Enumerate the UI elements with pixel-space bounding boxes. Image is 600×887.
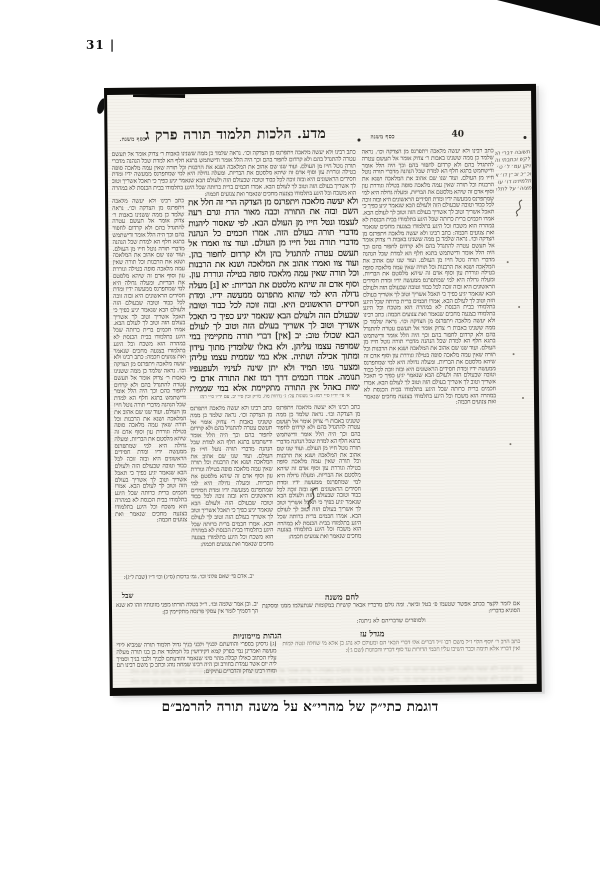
photo-corner-wedge [497,0,600,26]
header-dot [357,139,360,142]
commentary-sub-left: כתב רבינו ולא יעשה מלאכה ויתפרנס מן הצדק… [190,405,274,564]
scan-photo: 40 כסף משנה מדע. הלכות תלמוד תורה פרק ג … [104,84,542,696]
hagahot-maimoniyot-heading: הגהות מיימוניות [210,630,304,641]
book-page: 31 | 40 כסף משנה מדע. הלכות תלמוד תורה פ… [0,0,600,887]
lechem-mishneh-left-text: יב. וכן אמר שלמה וכו׳. ר״ל בטלה תורתו מפ… [116,602,258,624]
scan-page: 40 כסף משנה מדע. הלכות תלמוד תורה פרק ג … [107,91,537,688]
margin-handwriting: תשובה דברי הנאל לקש וכתבתי והר׳ ויקן עמ׳… [495,149,532,194]
figure-caption: דוגמת כתי״ק של מהרי״א על משנה תורה להרמב… [0,699,600,715]
ink-flourish-center [303,487,323,509]
commentary-left-column: כתב רבינו ולא יעשה מלאכה ויתפרנס מן הצדק… [112,198,188,573]
ink-speck [522,397,524,399]
ink-speck [507,261,509,263]
main-text-column: ולא יעשה מלאכה ויתפרנס מן הצדקה הרי זה ח… [188,197,360,395]
commentary-top-band: כתב רבינו ולא יעשה מלאכה ויתפרנס מן הצדק… [112,150,356,199]
header-dot [523,136,526,139]
scan-page-number: 40 [451,130,464,140]
commentary-right-column: כתב רבינו ולא יעשה מלאכה ויתפרנס מן הצדק… [362,148,498,589]
commentary-left-footer: יב. אדם פי׳ שאם פלוני וכו׳. גמ׳ ברכות (ס… [116,574,254,589]
lechem-mishneh-heading: לחם משנה [307,591,377,602]
ink-speck [513,353,515,355]
border-fold-mark [133,92,185,98]
chapter-title: מדע. הלכות תלמוד תורה פרק ג [115,126,355,145]
migdal-oz-heading: מגדל עז [340,628,404,639]
commentary-sub-right: כתב רבינו ולא יעשה מלאכה ויתפרנס מן הצדק… [276,405,362,564]
ink-flourish-margin [512,199,526,217]
ink-speck [518,306,520,308]
folio-number: 31 | [86,38,115,52]
lechem-mishneh-right-text: אם לומר לקצר בכתב אפשר שטעמו פ׳ בטל וביא… [262,601,520,617]
lechem-mishneh-tail: ולסופרים שדבריהם לא ניתנה: [262,616,520,625]
variant-ref-line: א׳ פי׳ יד״ו ס״י רמז: ב׳ נשונות על: ג׳ נד… [190,394,360,402]
catchword: שבל [122,591,134,600]
kesef-mishneh-header-right: כסף משנה [370,134,394,140]
ink-speck [509,443,511,445]
kesef-mishneh-header-left: כסף משנה. [119,137,145,143]
